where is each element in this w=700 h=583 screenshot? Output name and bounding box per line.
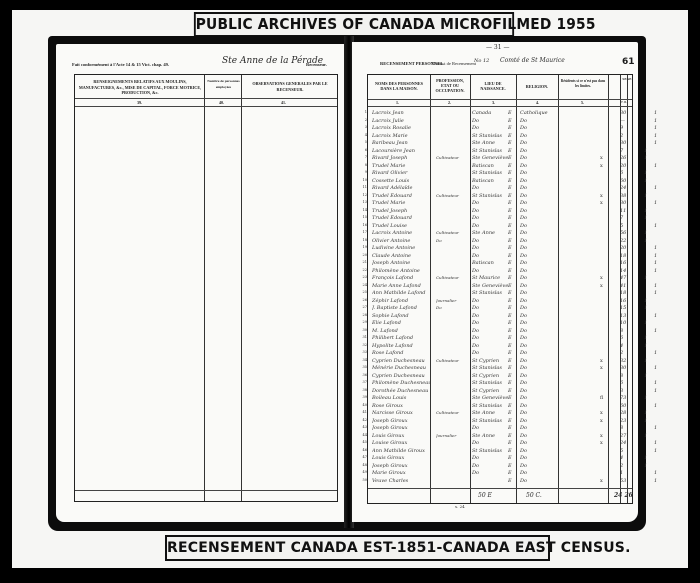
cell-prof: Cultivateur [436, 230, 476, 235]
cell-n: 3 [360, 125, 367, 129]
cell-age: 24 [620, 185, 634, 191]
cell-b2: E [508, 200, 516, 206]
cell-age: 41 [620, 283, 634, 289]
cell-n: 5 [360, 140, 367, 144]
cell-name: Élie Lafond [372, 320, 430, 326]
cell-rel: Do [520, 215, 550, 221]
cell-s2: 1 [654, 200, 662, 206]
left-page-recenseur-label: Recenseur. [306, 62, 327, 67]
cell-rel: Do [520, 335, 550, 341]
cell-birth: Do [472, 470, 508, 476]
cell-s1: 1 [644, 155, 652, 161]
cell-b2: E [508, 223, 516, 229]
page-marker: — 31 — [486, 44, 509, 51]
cell-age: 3 [620, 388, 634, 394]
cell-n: 4 [360, 133, 367, 137]
cell-age: 13 [620, 313, 634, 319]
cell-b2: E [508, 118, 516, 124]
cell-n: 21 [360, 260, 367, 264]
cell-n: 25 [360, 290, 367, 294]
cell-age: 20 [620, 245, 634, 251]
cell-age: 56 [620, 230, 634, 236]
cell-mark: x [600, 410, 608, 416]
cell-birth: Do [472, 208, 508, 214]
cell-name: Rose Giroux [372, 403, 430, 409]
cell-age: 6 [620, 170, 634, 176]
cell-name: Veuve Charles [372, 478, 430, 484]
cell-b2: E [508, 215, 516, 221]
column-manufactures [75, 75, 205, 501]
cell-name: Philomène Antoine [372, 268, 430, 274]
cell-name: Sophie Lafond [372, 313, 430, 319]
cell-birth: St Stanislas [472, 133, 508, 139]
cell-rel: Do [520, 163, 550, 169]
cell-b2: E [508, 358, 516, 364]
cell-rel: Do [520, 238, 550, 244]
cell-s2: 1 [654, 403, 662, 409]
cell-b2: E [508, 425, 516, 431]
cell-b2: E [508, 365, 516, 371]
cell-name: Hypolite Lafond [372, 343, 430, 349]
cell-age: 47 [620, 275, 634, 281]
cell-rel: Do [520, 275, 550, 281]
cell-birth: Do [472, 125, 508, 131]
cell-s1: 1 [644, 215, 652, 221]
cell-b2: E [508, 155, 516, 161]
cell-prof: Cultivateur [436, 155, 476, 160]
cell-mark: x [600, 283, 608, 289]
cell-birth: Do [472, 185, 508, 191]
cell-n: 36 [360, 373, 367, 377]
cell-s1: 1 [644, 230, 652, 236]
cell-age: 7 [620, 215, 634, 221]
cell-rel: Do [520, 328, 550, 334]
cell-b2: E [508, 148, 516, 154]
cell-name: Philomène Duchesneau [372, 380, 430, 386]
cell-birth: Do [472, 215, 508, 221]
cell-n: 17 [360, 230, 367, 234]
page-number: 61 [622, 57, 635, 67]
cell-n: 34 [360, 358, 367, 362]
cell-s1: 1 [644, 238, 652, 244]
cell-s2: 1 [654, 350, 662, 356]
cell-b2: E [508, 245, 516, 251]
cell-b2: E [508, 440, 516, 446]
cell-s1: 1 [644, 305, 652, 311]
cell-age: 28 [620, 410, 634, 416]
cell-name: Joseph Antoine [372, 260, 430, 266]
cell-name: Lacoursière Jean [372, 148, 430, 154]
cell-name: Marie Anne Lafond [372, 283, 430, 289]
cell-b2: E [508, 313, 516, 319]
cell-age: 10 [620, 320, 634, 326]
cell-b2: E [508, 193, 516, 199]
cell-birth: St Cyprien [472, 373, 508, 379]
cell-n: 35 [360, 365, 367, 369]
cell-age: 73 [620, 395, 634, 401]
cell-n: 38 [360, 388, 367, 392]
cell-n: 15 [360, 215, 367, 219]
cell-age: 7 [620, 148, 634, 154]
cell-age: 14 [620, 268, 634, 274]
cell-age: 6 [620, 335, 634, 341]
cell-s2: 1 [654, 268, 662, 274]
cell-name: Trudel Édouard [372, 193, 430, 199]
cell-rel: Do [520, 380, 550, 386]
cell-mark: x [600, 275, 608, 281]
cell-b2: E [508, 335, 516, 341]
cell-s2: 1 [654, 328, 662, 334]
cell-n: 20 [360, 253, 367, 257]
left-page-table: RENSEIGNEMENTS RELATIFS AUX MOULINS, MAN… [74, 74, 338, 502]
cell-name: Rose Lafond [372, 350, 430, 356]
cell-name: Zéphir Lafond [372, 298, 430, 304]
cell-age: 6 [620, 380, 634, 386]
cell-age: 2 [620, 463, 634, 469]
census-table: NOMS DES PERSONNES DANS LA MAISON. PROFE… [367, 74, 633, 504]
cell-n: 11 [360, 185, 367, 189]
cell-s1: 1 [644, 275, 652, 281]
cell-n: 41 [360, 410, 367, 414]
cell-s2: 1 [654, 365, 662, 371]
cell-b2: E [508, 463, 516, 469]
cell-birth: St Stanislas [472, 380, 508, 386]
cell-n: 22 [360, 268, 367, 272]
cell-age: 18 [620, 290, 634, 296]
cell-s1: 1 [644, 463, 652, 469]
cell-name: Rivard Joseph [372, 155, 430, 161]
cell-rel: Do [520, 133, 550, 139]
cell-name: Lacroix Julie [372, 118, 430, 124]
cell-b2: E [508, 403, 516, 409]
cell-s2: 1 [654, 185, 662, 191]
cell-birth: St Stanislas [472, 448, 508, 454]
cell-birth: Do [472, 313, 508, 319]
cell-rel: Do [520, 245, 550, 251]
cell-rel: Do [520, 260, 550, 266]
cell-name: Lacroix Jean [372, 110, 430, 116]
cell-b2: E [508, 433, 516, 439]
cell-n: 24 [360, 283, 367, 287]
cell-age: 38 [620, 193, 634, 199]
column-header-birthplace: LIEU DE NAISSANCE. [472, 81, 514, 91]
cell-name: Lacroix Marie [372, 133, 430, 139]
census-banner: RECENSEMENT CANADA EST-1851-CANADA EAST … [165, 535, 550, 561]
cell-name: M. Lafond [372, 328, 430, 334]
cell-b2: E [508, 260, 516, 266]
cell-name: Joseph Giroux [372, 463, 430, 469]
cell-age: 2 [620, 350, 634, 356]
left-table-total-line [75, 490, 337, 491]
cell-s2: 1 [654, 478, 662, 484]
cell-birth: Do [472, 238, 508, 244]
cell-n: 44 [360, 433, 367, 437]
cell-name: Cyprien Duchesneau [372, 358, 430, 364]
cell-b2: E [508, 455, 516, 461]
cell-rel: Do [520, 403, 550, 409]
cell-age: 8 [620, 328, 634, 334]
cell-b2: E [508, 208, 516, 214]
cell-rel: Do [520, 193, 550, 199]
cell-b2: E [508, 448, 516, 454]
cell-n: 18 [360, 238, 367, 242]
cell-b2: E [508, 283, 516, 289]
cell-rel: Do [520, 125, 550, 131]
cell-birth: Ste Geneviève [472, 155, 508, 161]
cell-rel: Do [520, 365, 550, 371]
cell-rel: Do [520, 358, 550, 364]
cell-age: 5 [620, 223, 634, 229]
cell-birth: Do [472, 343, 508, 349]
cell-s2: 1 [654, 253, 662, 259]
cell-s1: 1 [644, 455, 652, 461]
cell-name: Rivard Olivier [372, 170, 430, 176]
cell-birth: St Stanislas [472, 290, 508, 296]
cell-mark: x [600, 433, 608, 439]
cell-n: 31 [360, 335, 367, 339]
cell-n: 12 [360, 193, 367, 197]
cell-s1: 1 [644, 148, 652, 154]
cell-age: 30 [620, 140, 634, 146]
cell-s1: 1 [644, 335, 652, 341]
cell-name: Trudel Joseph [372, 208, 430, 214]
cell-b2: E [508, 328, 516, 334]
cell-name: Claude Antoine [372, 253, 430, 259]
cell-s2: 1 [654, 283, 662, 289]
cell-n: 2 [360, 118, 367, 122]
cell-birth: St Cyprien [472, 358, 508, 364]
cell-rel: Do [520, 305, 550, 311]
cell-b2: E [508, 253, 516, 259]
cell-b2: E [508, 305, 516, 311]
cell-rel: Do [520, 470, 550, 476]
cell-birth: St Cyprien [472, 388, 508, 394]
cell-rel: Do [520, 433, 550, 439]
cell-b2: E [508, 170, 516, 176]
cell-b2: E [508, 238, 516, 244]
cell-name: Marie Giroux [372, 470, 430, 476]
cell-birth: St Stanislas [472, 193, 508, 199]
cell-birth: Canada [472, 110, 508, 116]
cell-b2: E [508, 178, 516, 184]
cell-s2: 1 [654, 245, 662, 251]
cell-s2: 1 [654, 118, 662, 124]
cell-mark: x [600, 193, 608, 199]
cell-prof: Cultivateur [436, 275, 476, 280]
cell-name: Trudel Marie [372, 200, 430, 206]
cell-age: 16 [620, 260, 634, 266]
cell-b2: E [508, 373, 516, 379]
cell-s2: 1 [654, 425, 662, 431]
cell-age: 23 [620, 418, 634, 424]
cell-rel: Do [520, 200, 550, 206]
cell-rel: Do [520, 410, 550, 416]
cell-n: 32 [360, 343, 367, 347]
cell-birth: Ste Geneviève [472, 395, 508, 401]
cell-rel: Do [520, 208, 550, 214]
cell-name: Olivier Antoine [372, 238, 430, 244]
cell-birth: Batiscan [472, 260, 508, 266]
cell-n: 45 [360, 440, 367, 444]
cell-name: Ludivine Antoine [372, 245, 430, 251]
cell-s2: 1 [654, 380, 662, 386]
cell-birth: Batiscan [472, 163, 508, 169]
cell-mark: x [600, 155, 608, 161]
cell-s1: 1 [644, 395, 652, 401]
cell-mark: x [600, 365, 608, 371]
cell-b2: E [508, 110, 516, 116]
cell-age: 26 [620, 155, 634, 161]
cell-n: 19 [360, 245, 367, 249]
cell-age: 53 [620, 478, 634, 484]
cell-rel: Do [520, 230, 550, 236]
cell-b2: E [508, 350, 516, 356]
cell-birth: St Stanislas [472, 148, 508, 154]
cell-birth: Do [472, 328, 508, 334]
cell-prof: Cultivateur [436, 193, 476, 198]
cell-n: 7 [360, 155, 367, 159]
cell-age: 60 [620, 403, 634, 409]
cell-age: 15 [620, 305, 634, 311]
cell-prof: Do [436, 238, 476, 243]
cell-s1: 1 [644, 170, 652, 176]
cell-n: 40 [360, 403, 367, 407]
cell-birth: Do [472, 425, 508, 431]
cell-n: 50 [360, 478, 367, 482]
cell-s2: 1 [654, 163, 662, 169]
cell-n: 48 [360, 463, 367, 467]
cell-n: 14 [360, 208, 367, 212]
cell-b2: E [508, 163, 516, 169]
cell-name: Cossette Louis [372, 178, 430, 184]
totals-line [368, 488, 632, 489]
cell-age: 11 [620, 208, 634, 214]
cell-b2: E [508, 470, 516, 476]
cell-rel: Do [520, 223, 550, 229]
cell-b2: E [508, 298, 516, 304]
cell-age: 2 [620, 133, 634, 139]
cell-age: 1 [620, 470, 634, 476]
cell-birth: Do [472, 350, 508, 356]
cell-s2: 1 [654, 470, 662, 476]
cell-rel: Do [520, 290, 550, 296]
cell-rel: Do [520, 373, 550, 379]
cell-name: Ann Mathilde Lafond [372, 290, 430, 296]
cell-age: 30 [620, 200, 634, 206]
total-sex: 24 26 [614, 492, 633, 499]
cell-b2: E [508, 410, 516, 416]
cell-n: 23 [360, 275, 367, 279]
cell-age: 32 [620, 358, 634, 364]
cell-birth: Do [472, 463, 508, 469]
cell-b2: E [508, 478, 516, 484]
left-page-act-reference: Fait conformément à l'Acte 14 & 15 Vict.… [72, 62, 169, 67]
cell-n: 28 [360, 313, 367, 317]
cell-age: 30 [620, 110, 634, 116]
cell-s2: 1 [654, 313, 662, 319]
cell-rel: Do [520, 350, 550, 356]
cell-rel: Do [520, 388, 550, 394]
cell-s2: 1 [654, 290, 662, 296]
cell-name: Boileau Louis [372, 395, 430, 401]
cell-age: 8 [620, 425, 634, 431]
cell-rel: Catholique [520, 110, 550, 116]
cell-s1: 1 [644, 410, 652, 416]
cell-age: 20 [620, 163, 634, 169]
cell-rel: Do [520, 463, 550, 469]
cell-s1: 1 [644, 193, 652, 199]
cell-name: Ménérie Duchesneau [372, 365, 430, 371]
cell-b2: E [508, 320, 516, 326]
cell-s2: 1 [654, 110, 662, 116]
cell-rel: Do [520, 140, 550, 146]
cell-age: 8 [620, 373, 634, 379]
cell-birth: St Stanislas [472, 365, 508, 371]
cell-rel: Do [520, 253, 550, 259]
cell-s2: 1 [654, 125, 662, 131]
district-label: District de Recensement [432, 61, 476, 66]
cell-n: 37 [360, 380, 367, 384]
column-header-observations: OBSERVATIONS GENERALES PAR LE RECENSEUR. [244, 81, 336, 92]
cell-s1: 1 [644, 178, 652, 184]
cell-n: 9 [360, 170, 367, 174]
cell-birth: Do [472, 223, 508, 229]
cell-birth: Batiscan [472, 178, 508, 184]
cell-s2: 1 [654, 260, 662, 266]
cell-b2: E [508, 133, 516, 139]
cell-mark: x [600, 163, 608, 169]
cell-birth: Ste Anne [472, 410, 508, 416]
cell-n: 39 [360, 395, 367, 399]
cell-b2: E [508, 418, 516, 424]
cell-age: 24 [620, 440, 634, 446]
cell-birth: St Stanislas [472, 170, 508, 176]
cell-age: 9 [620, 125, 634, 131]
cell-s1: 1 [644, 320, 652, 326]
cell-n: 30 [360, 328, 367, 332]
cell-b2: E [508, 140, 516, 146]
cell-b2: E [508, 125, 516, 131]
cell-rel: Do [520, 455, 550, 461]
district-handwritten: Comté de St Maurice [500, 57, 565, 64]
cell-s1: 1 [644, 343, 652, 349]
cell-name: Ann Mathilde Giroux [372, 448, 430, 454]
cell-n: 13 [360, 200, 367, 204]
cell-rel: Do [520, 313, 550, 319]
cell-n: 26 [360, 298, 367, 302]
cell-rel: Do [520, 155, 550, 161]
cell-n: 43 [360, 425, 367, 429]
cell-s2: 1 [654, 133, 662, 139]
cell-prof: Journalier [436, 433, 476, 438]
cell-rel: Do [520, 178, 550, 184]
cell-name: Joseph Giroux [372, 425, 430, 431]
cell-birth: Do [472, 245, 508, 251]
column-header-manufactures: RENSEIGNEMENTS RELATIFS AUX MOULINS, MAN… [77, 79, 203, 96]
cell-n: 46 [360, 448, 367, 452]
cell-age: 60 [620, 178, 634, 184]
cell-b2: E [508, 395, 516, 401]
column-header-profession: PROFESSION, ETAT OU OCCUPATION. [431, 78, 469, 94]
cell-rel: Do [520, 148, 550, 154]
cell-rel: Do [520, 478, 550, 484]
cell-b2: E [508, 380, 516, 386]
cell-mark: x [600, 418, 608, 424]
cell-s1: 1 [644, 373, 652, 379]
cell-mark: x [600, 478, 608, 484]
cell-s1: 1 [644, 298, 652, 304]
cell-b2: E [508, 290, 516, 296]
